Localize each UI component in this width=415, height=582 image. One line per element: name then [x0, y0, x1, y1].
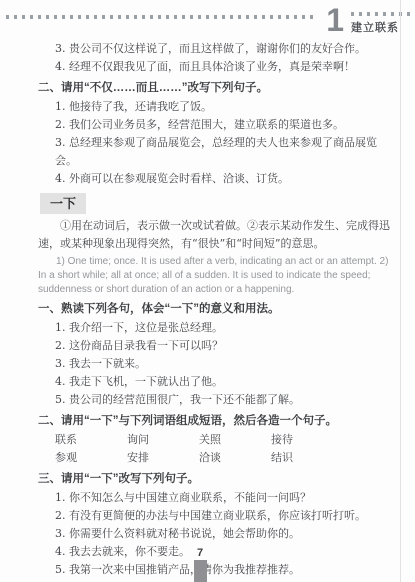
word-item: 参观: [55, 449, 127, 467]
list-item: 5. 贵公司的经营范围很广，我一下还不能都了解。: [38, 391, 393, 409]
page-edge-line: [400, 0, 401, 582]
list-item: 1. 你不知怎么与中国建立商业联系，不能问一问吗？: [38, 489, 393, 507]
footer-tab-marker: [194, 560, 207, 582]
grammar-term-badge: 一下: [40, 193, 86, 214]
list-item: 4. 外商可以在参观展览会时看样、洽谈、订货。: [38, 170, 393, 188]
unit-number: 1: [326, 6, 344, 34]
word-item: 联系: [55, 431, 127, 449]
exercise-heading: 二、请用“一下”与下列词语组成短语，然后各造一个句子。: [38, 412, 393, 431]
list-item: 1. 他接待了我，还请我吃了饭。: [38, 98, 393, 116]
word-item: 结识: [271, 449, 343, 467]
exercise-heading: 三、请用“一下”改写下列句子。: [38, 470, 393, 489]
page-footer: 7: [0, 547, 400, 582]
list-item: 3. 贵公司不仅这样说了，而且这样做了，谢谢你们的友好合作。: [38, 40, 393, 58]
list-item: 3. 我去一下就来。: [38, 355, 393, 373]
word-list-row: 联系 询问 关照 接待: [38, 431, 393, 449]
exercise-heading: 二、请用“不仅……而且……”改写下列句子。: [38, 79, 393, 98]
list-item: 4. 我走下飞机，一下就认出了他。: [38, 373, 393, 391]
header-dotted-rule: [6, 15, 317, 19]
page-number: 7: [0, 547, 400, 559]
word-list-row: 参观 安排 洽谈 结识: [38, 449, 393, 467]
list-item: 2. 有没有更简便的办法与中国建立商业联系，你应该打听打听。: [38, 507, 393, 525]
word-item: 接待: [271, 431, 343, 449]
list-item: 3. 你需要什么资料就对秘书说说，她会帮助你的。: [38, 525, 393, 543]
exercise-heading: 一、熟读下列各句，体会“一下”的意义和用法。: [38, 300, 393, 319]
unit-title-block: 建立联系: [351, 6, 411, 35]
word-item: 安排: [127, 449, 199, 467]
list-item: 2. 这份商品目录我看一下可以吗？: [38, 337, 393, 355]
list-item: 1. 我介绍一下，这位是张总经理。: [38, 319, 393, 337]
chapter-header: 1 建立联系: [0, 0, 415, 32]
word-item: 关照: [199, 431, 271, 449]
unit-title: 建立联系: [351, 19, 411, 35]
word-item: 询问: [127, 431, 199, 449]
word-item: 洽谈: [199, 449, 271, 467]
grammar-explanation-english: 1) One time; once. It is used after a ve…: [38, 255, 393, 297]
list-item: 3. 总经理来参观了商品展览会，总经理的夫人也来参观了商品展览会。: [38, 134, 393, 170]
textbook-page: 1 建立联系 3. 贵公司不仅这样说了，而且这样做了，谢谢你们的友好合作。 4.…: [0, 0, 415, 582]
page-content: 3. 贵公司不仅这样说了，而且这样做了，谢谢你们的友好合作。 4. 经理不仅跟我…: [0, 32, 415, 579]
grammar-explanation-chinese: ①用在动词后，表示做一次或试着做。②表示某动作发生、完成得迅速，或某种现象出现得…: [38, 217, 393, 253]
unit-title-dotted-rule: [351, 12, 411, 16]
list-item: 4. 经理不仅跟我见了面，而且具体洽谈了业务，真是荣幸啊！: [38, 58, 393, 76]
list-item: 2. 我们公司业务员多，经营范围大，建立联系的渠道也多。: [38, 116, 393, 134]
